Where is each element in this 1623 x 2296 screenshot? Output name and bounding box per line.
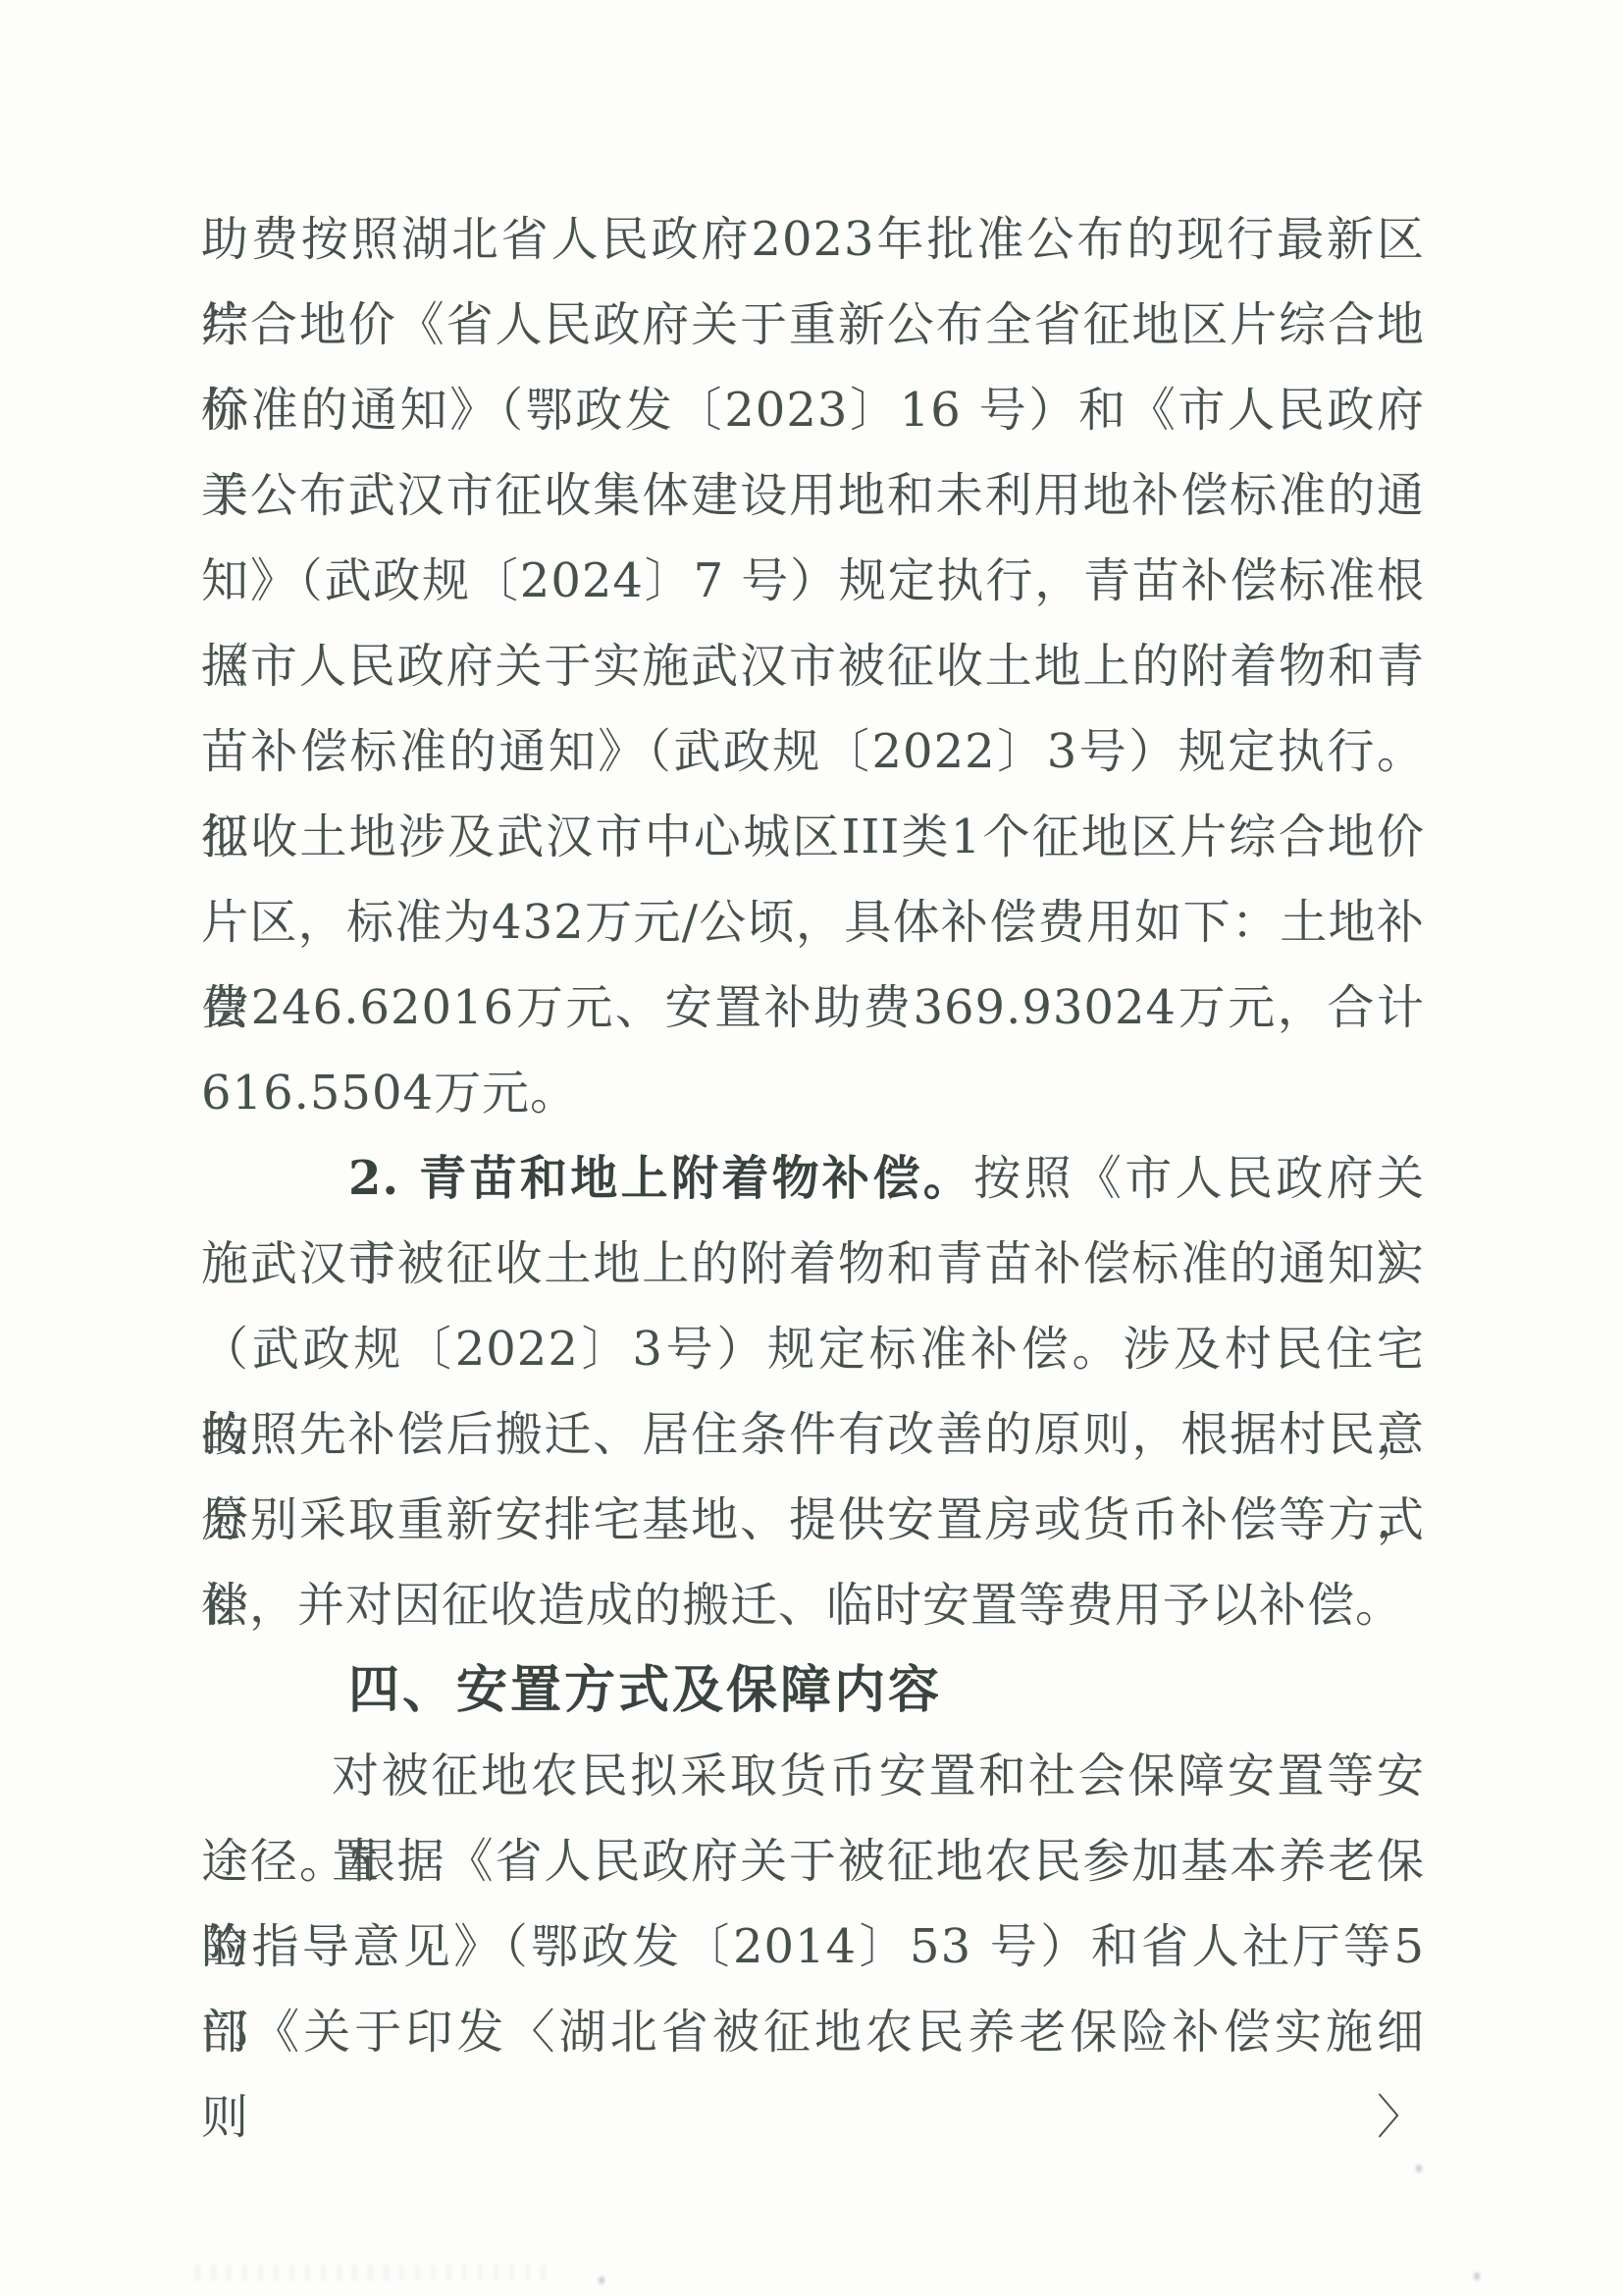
text-run: 偿，并对因征收造成的搬迁、临时安置等费用予以补偿。 [201,1578,1403,1633]
text-line-02: 综合地价《省人民政府关于重新公布全省征地区片综合地价 [201,283,1425,368]
text-run: 616.5504万元。 [201,1066,578,1121]
text-run: 门《关于印发〈湖北省被征地农民养老保险补偿实施细则〉 [201,2005,1425,2145]
text-line-04: 于公布武汉市征收集体建设用地和未利用地补偿标准的通 [201,453,1425,539]
document-text-block: 助费按照湖北省人民政府2023年批准公布的现行最新区片 综合地价《省人民政府关于… [201,197,1425,2075]
paragraph-start-line-19: 对被征地农民拟采取货币安置和社会保障安置等安置 [201,1734,1425,1819]
text-run: 《市人民政府关于实施武汉市被征收土地上的附着物和青 [201,639,1425,694]
scan-speck [1474,2272,1480,2280]
text-line-03: 标准的通知》（鄂政发〔2023〕16 号）和《市人民政府关 [201,368,1425,453]
text-line-11: 616.5504万元。 [201,1051,1425,1136]
scan-speck [1416,2165,1422,2172]
text-line-13: 施武汉市被征收土地上的附着物和青苗补偿标准的通知》 [201,1222,1425,1307]
text-line-20: 途径。根据《省人民政府关于被征地农民参加基本养老保险 [201,1819,1425,1905]
text-line-21: 的指导意见》（鄂政发〔2014〕53 号）和省人社厅等5 部 [201,1905,1425,1990]
text-line-07: 苗补偿标准的通知》（武政规〔2022〕3号）规定执行。拟 [201,709,1425,795]
section-heading: 四、安置方式及保障内容 [201,1648,1425,1734]
text-line-14: （武政规〔2022〕3号）规定标准补偿。涉及村民住宅的， [201,1307,1425,1392]
document-page: 助费按照湖北省人民政府2023年批准公布的现行最新区片 综合地价《省人民政府关于… [0,0,1623,2296]
text-line-08: 征收土地涉及武汉市中心城区III类1个征地区片综合地价 [201,795,1425,880]
text-line-16: 分别采取重新安排宅基地、提供安置房或货币补偿等方式补 [201,1478,1425,1563]
text-run: 施武汉市被征收土地上的附着物和青苗补偿标准的通知》 [201,1236,1425,1291]
heading-text-run: 四、安置方式及保障内容 [348,1661,942,1720]
text-line-01: 助费按照湖北省人民政府2023年批准公布的现行最新区片 [201,197,1425,283]
text-line-15: 按照先补偿后搬迁、居住条件有改善的原则，根据村民意愿， [201,1392,1425,1478]
text-run: 于公布武汉市征收集体建设用地和未利用地补偿标准的通 [201,468,1425,523]
text-line-17: 偿，并对因征收造成的搬迁、临时安置等费用予以补偿。 [201,1563,1425,1648]
text-run: 费246.62016万元、安置补助费369.93024万元，合计 [201,980,1425,1035]
text-line-06: 《市人民政府关于实施武汉市被征收土地上的附着物和青 [201,624,1425,709]
text-run: 征收土地涉及武汉市中心城区III类1个征地区片综合地价 [201,809,1425,864]
text-line-22: 门《关于印发〈湖北省被征地农民养老保险补偿实施细则〉 [201,1990,1425,2075]
text-line-10: 费246.62016万元、安置补助费369.93024万元，合计 [201,965,1425,1051]
text-line-09: 片区，标准为432万元/公顷，具体补偿费用如下：土地补偿 [201,880,1425,965]
paragraph-start-line-12: 2. 青苗和地上附着物补偿。按照《市人民政府关于实 [201,1136,1425,1222]
text-line-05: 知》（武政规〔2024〕7 号）规定执行，青苗补偿标准根据 [201,539,1425,624]
bold-text-run: 2. 青苗和地上附着物补偿。 [348,1151,973,1206]
scan-speck [599,2276,604,2284]
scan-bleed-through-smudge [196,2265,550,2280]
